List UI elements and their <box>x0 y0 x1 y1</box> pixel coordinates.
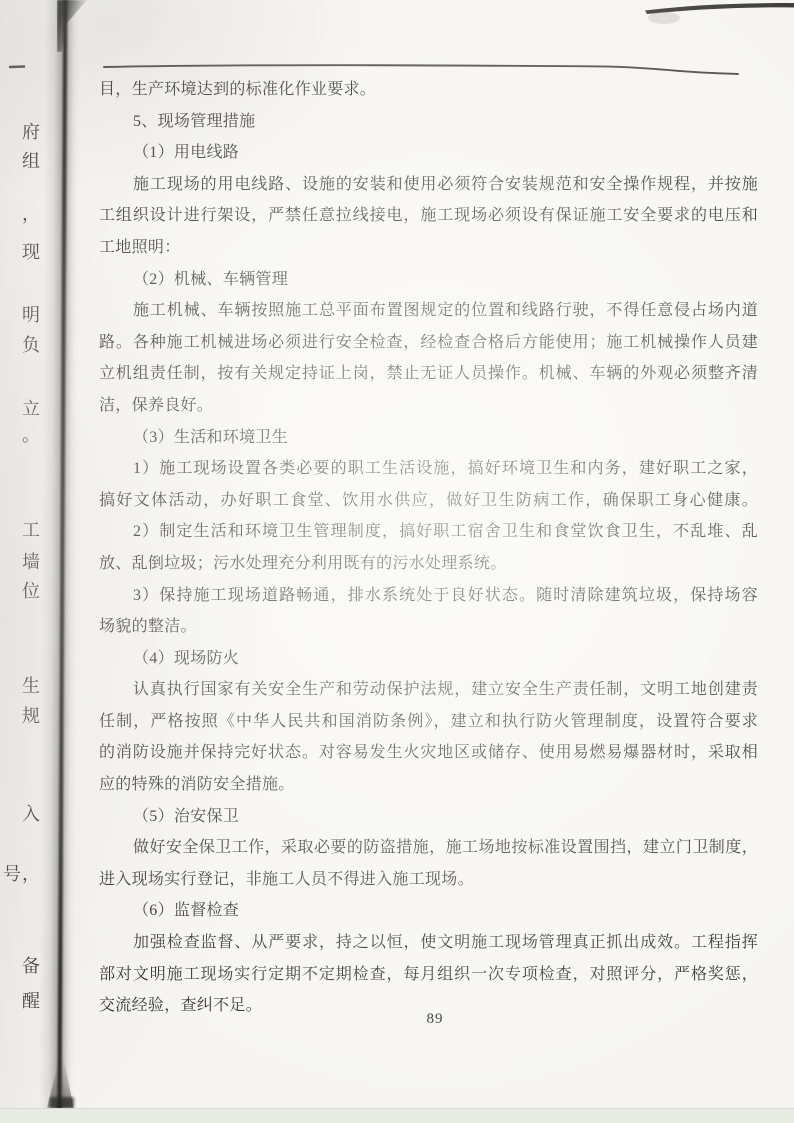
scanner-bed-strip <box>0 1108 794 1123</box>
scanned-document-page: 府组，现明负立。工墙位生规入号，备醒 目，生产环境达到的标准化作业要求。5、现场… <box>0 0 794 1123</box>
scan-smudge <box>648 12 680 24</box>
left-edge-dash <box>9 67 25 68</box>
scan-marks-layer <box>0 0 794 1123</box>
header-rule <box>104 65 738 74</box>
